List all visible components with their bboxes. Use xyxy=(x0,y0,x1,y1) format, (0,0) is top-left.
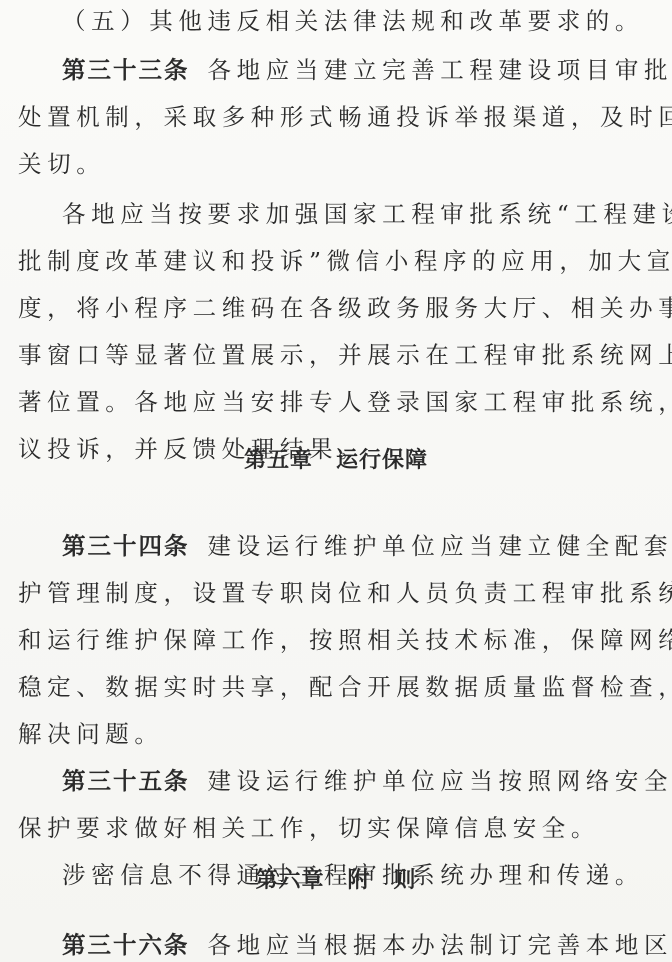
article-34-label: 第三十四条 xyxy=(62,532,190,560)
document-page: （五）其他违反相关法律法规和改革要求的。 第三十三条各地应当建立完善工程建设项目… xyxy=(0,0,672,962)
article-35-text: 建设运行维护单位应当按照网络安全相关等级 xyxy=(208,767,672,795)
article-33-p2-line-2: 批制度改革建议和投诉”微信小程序的应用，加大宣传推广力 xyxy=(18,246,658,276)
article-33-text: 各地应当建立完善工程建设项目审批投诉举报 xyxy=(208,56,672,84)
chapter-5-heading: 第五章 运行保障 xyxy=(0,446,672,476)
article-36-label: 第三十六条 xyxy=(62,931,190,959)
article-33-p2-line-5: 著位置。各地应当安排专人登录国家工程审批系统，及时处理建 xyxy=(18,387,658,417)
article-34-line-3: 和运行维护保障工作，按照相关技术标准，保障网络畅通、性能 xyxy=(18,625,658,655)
article-33-p2-line-1: 各地应当按要求加强国家工程审批系统“工程建设项目审 xyxy=(62,199,672,229)
article-36-text: 各地应当根据本办法制订完善本地区工程审批 xyxy=(208,931,672,959)
article-33-line-1: 第三十三条各地应当建立完善工程建设项目审批投诉举报 xyxy=(62,55,672,85)
article-33-p2-line-4: 事窗口等显著位置展示，并展示在工程审批系统网上办事页面显 xyxy=(18,340,658,370)
article-36-line-1: 第三十六条各地应当根据本办法制订完善本地区工程审批 xyxy=(62,930,672,960)
article-33-p2-line-3: 度，将小程序二维码在各级政务服务大厅、相关办事服务点、办 xyxy=(18,293,658,323)
article-34-line-1: 第三十四条建设运行维护单位应当建立健全配套的运行维 xyxy=(62,531,672,561)
article-33-label: 第三十三条 xyxy=(62,56,190,84)
article-35-line-2: 保护要求做好相关工作，切实保障信息安全。 xyxy=(18,813,658,843)
article-34-text: 建设运行维护单位应当建立健全配套的运行维 xyxy=(208,532,672,560)
article-33-line-3: 关切。 xyxy=(18,149,658,179)
article-35-label: 第三十五条 xyxy=(62,767,190,795)
item-5-text: （五）其他违反相关法律法规和改革要求的。 xyxy=(62,6,672,36)
article-34-line-2: 护管理制度，设置专职岗位和人员负责工程审批系统的技术支持 xyxy=(18,578,658,608)
article-34-line-4: 稳定、数据实时共享，配合开展数据质量监督检查，及时发现和 xyxy=(18,672,658,702)
article-33-line-2: 处置机制，采取多种形式畅通投诉举报渠道，及时回应社会公众 xyxy=(18,102,658,132)
chapter-6-heading: 第六章 附 则 xyxy=(0,866,672,896)
article-34-line-5: 解决问题。 xyxy=(18,719,658,749)
article-35-line-1: 第三十五条建设运行维护单位应当按照网络安全相关等级 xyxy=(62,766,672,796)
